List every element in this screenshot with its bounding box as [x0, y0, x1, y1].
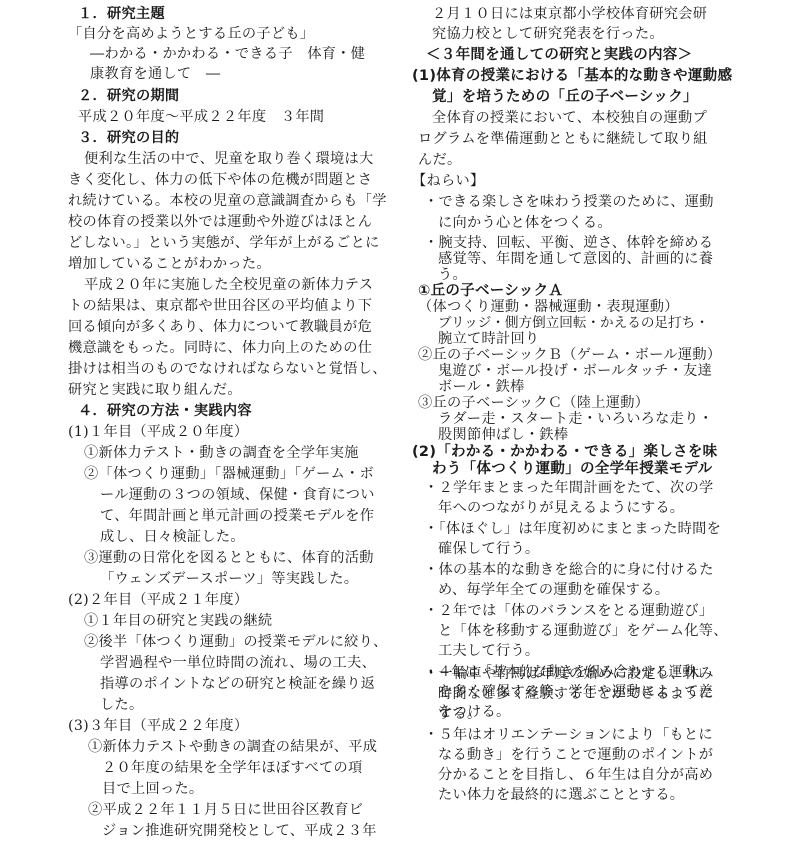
text-line: 研究と実践に取り組んだ。: [68, 380, 242, 400]
text-line: 時間など多く経験することができるように: [438, 684, 713, 704]
text-line: ①１年目の研究と実践の継続: [84, 611, 272, 631]
text-line: ール運動の３つの領域、保健・食育につい: [100, 485, 375, 505]
text-line: (3)３年目（平成２２年度）: [68, 716, 248, 736]
text-line: ２月１０日には東京都小学校体育研究会研: [432, 4, 707, 24]
text-line: 分かることを目指し、６年生は自分が高め: [438, 765, 713, 785]
text-line: 平成２０年に実施した全校児童の新体力テス: [84, 275, 373, 295]
text-line: 掛けは相当のものでなければならないと覚悟し、: [68, 359, 387, 379]
section-heading: ４．研究の方法・実践内容: [78, 401, 252, 421]
text-line: め、毎学年全ての運動を確保する。: [438, 580, 669, 600]
text-line: ２０年度の結果を全学年ほぼすべての項: [102, 758, 363, 778]
text-line: トの結果は、東京都や世田谷区の平均値より下: [68, 296, 372, 316]
text-line: (2)２年目（平成２１年度）: [68, 590, 248, 610]
text-line: ・「体ほぐし」は年度初めにまとまった時間を: [424, 519, 721, 539]
text-line: 究協力校として研究発表を行った。: [432, 24, 664, 44]
text-line: ②「体つくり運動」「器械運動」「ゲーム・ボ: [84, 464, 374, 484]
text-line: ・５年はオリエンテーションにより「もとに: [424, 725, 713, 745]
text-line: 感覚等、年間を通して意図的、計画的に養: [438, 249, 713, 269]
text-line: 増加していることがわかった。: [68, 254, 271, 274]
text-line: どしない。」という実態が、学年が上がるごとに: [68, 233, 380, 253]
text-line: 校の体育の授業以外では運動や外遊びはほとん: [68, 212, 372, 232]
text-line: ②平成２２年１１月５日に世田谷区教育ビ: [88, 800, 363, 820]
text-line: ジョン推進研究開発校として、平成２３年: [102, 821, 377, 841]
text-line: て、年間計画と単元計画の授業モデルを作: [100, 506, 374, 526]
text-line: れ続けている。本校の児童の意識調査からも「学: [68, 191, 387, 211]
text-line: ・できる楽しさを味わう授業のために、運動: [424, 192, 714, 212]
text-line: 全体育の授業において、本校独自の運動プ: [432, 108, 707, 128]
section-heading: ２．研究の期間: [78, 86, 179, 106]
text-line: 確保して行う。: [438, 539, 539, 559]
text-line: ・２学年まとまった年間計画をたて、次の学: [424, 478, 713, 498]
section-heading: ３．研究の目的: [78, 128, 179, 148]
text-line: 学習過程や一単位時間の流れ、場の工夫、: [100, 653, 376, 673]
text-line: なる動き」を行うことで運動のポイントが: [438, 745, 713, 765]
section-heading: わう「体つくり運動」の全学年授業モデル: [432, 459, 712, 479]
text-line: 便利な生活の中で、児童を取り巻く環境は大: [84, 149, 373, 169]
text-line: 年へのつながりが見えるようにする。: [438, 498, 684, 518]
text-line: ログラムを準備運動とともに継続して取り組: [418, 129, 708, 149]
text-line: んだ。: [418, 150, 461, 170]
text-line: 指導のポイントなどの研究と検証を繰り返: [100, 674, 375, 694]
text-line: ―わかる・かかわる・できる子 体育・健: [90, 44, 365, 64]
section-heading: 覚」を培うための「丘の子ベーシック」: [432, 87, 698, 107]
text-line: 「ウェンズデースポーツ」等実践した。: [100, 569, 358, 589]
text-line: 康教育を通して ―: [90, 64, 220, 84]
text-line: する。: [438, 704, 481, 724]
text-line: 目で上回った。: [102, 779, 203, 799]
text-line: ①新体力テスト・動きの調査を全学年実施: [84, 443, 359, 463]
text-line: ・体の基本的な動きを総合的に身に付けるた: [424, 560, 714, 580]
text-line: 【ねらい】: [412, 171, 484, 191]
text-line: した。: [100, 695, 143, 715]
text-line: ②後半「体つくり運動」の授業モデルに絞り、: [84, 632, 388, 652]
text-line: 回る傾向が多くあり、体力について教職員が危: [68, 317, 372, 337]
text-line: たい体力を最終的に選ぶこととする。: [438, 785, 684, 805]
text-line: (1)１年目（平成２０年度）: [68, 422, 248, 442]
section-heading: １．研究主題: [78, 4, 165, 24]
text-line: 平成２０年度～平成２２年度 ３年間: [78, 107, 324, 127]
text-line: ・２年では「体のバランスをとる運動遊び」: [424, 601, 713, 621]
section-heading: (1)体育の授業における「基本的な動きや運動感: [412, 66, 732, 86]
text-line: 「自分を高めようとする丘の子ども」: [68, 24, 314, 44]
text-line: 工夫して行う。: [438, 641, 539, 661]
text-line: 成し、日々検証した。: [100, 527, 245, 547]
text-line: きく変化し、体力の低下や体の危機が問題とさ: [68, 170, 372, 190]
text-line: ③運動の日常化を図るとともに、体育的活動: [84, 548, 374, 568]
section-heading: ＜３年間を通しての研究と実践の内容＞: [426, 45, 692, 65]
text-line: 機意識をもった。同時に、体力向上のための仕: [68, 338, 372, 358]
text-line: ①新体力テストや動きの調査の結果が、平成: [88, 737, 377, 757]
text-line: に向かう心と体をつくる。: [438, 213, 612, 233]
text-line: ・一輪車や竹馬は年度の始めに設定し、休み: [424, 664, 714, 684]
text-line: と「体を移動する運動遊び」をゲーム化等、: [438, 621, 728, 641]
